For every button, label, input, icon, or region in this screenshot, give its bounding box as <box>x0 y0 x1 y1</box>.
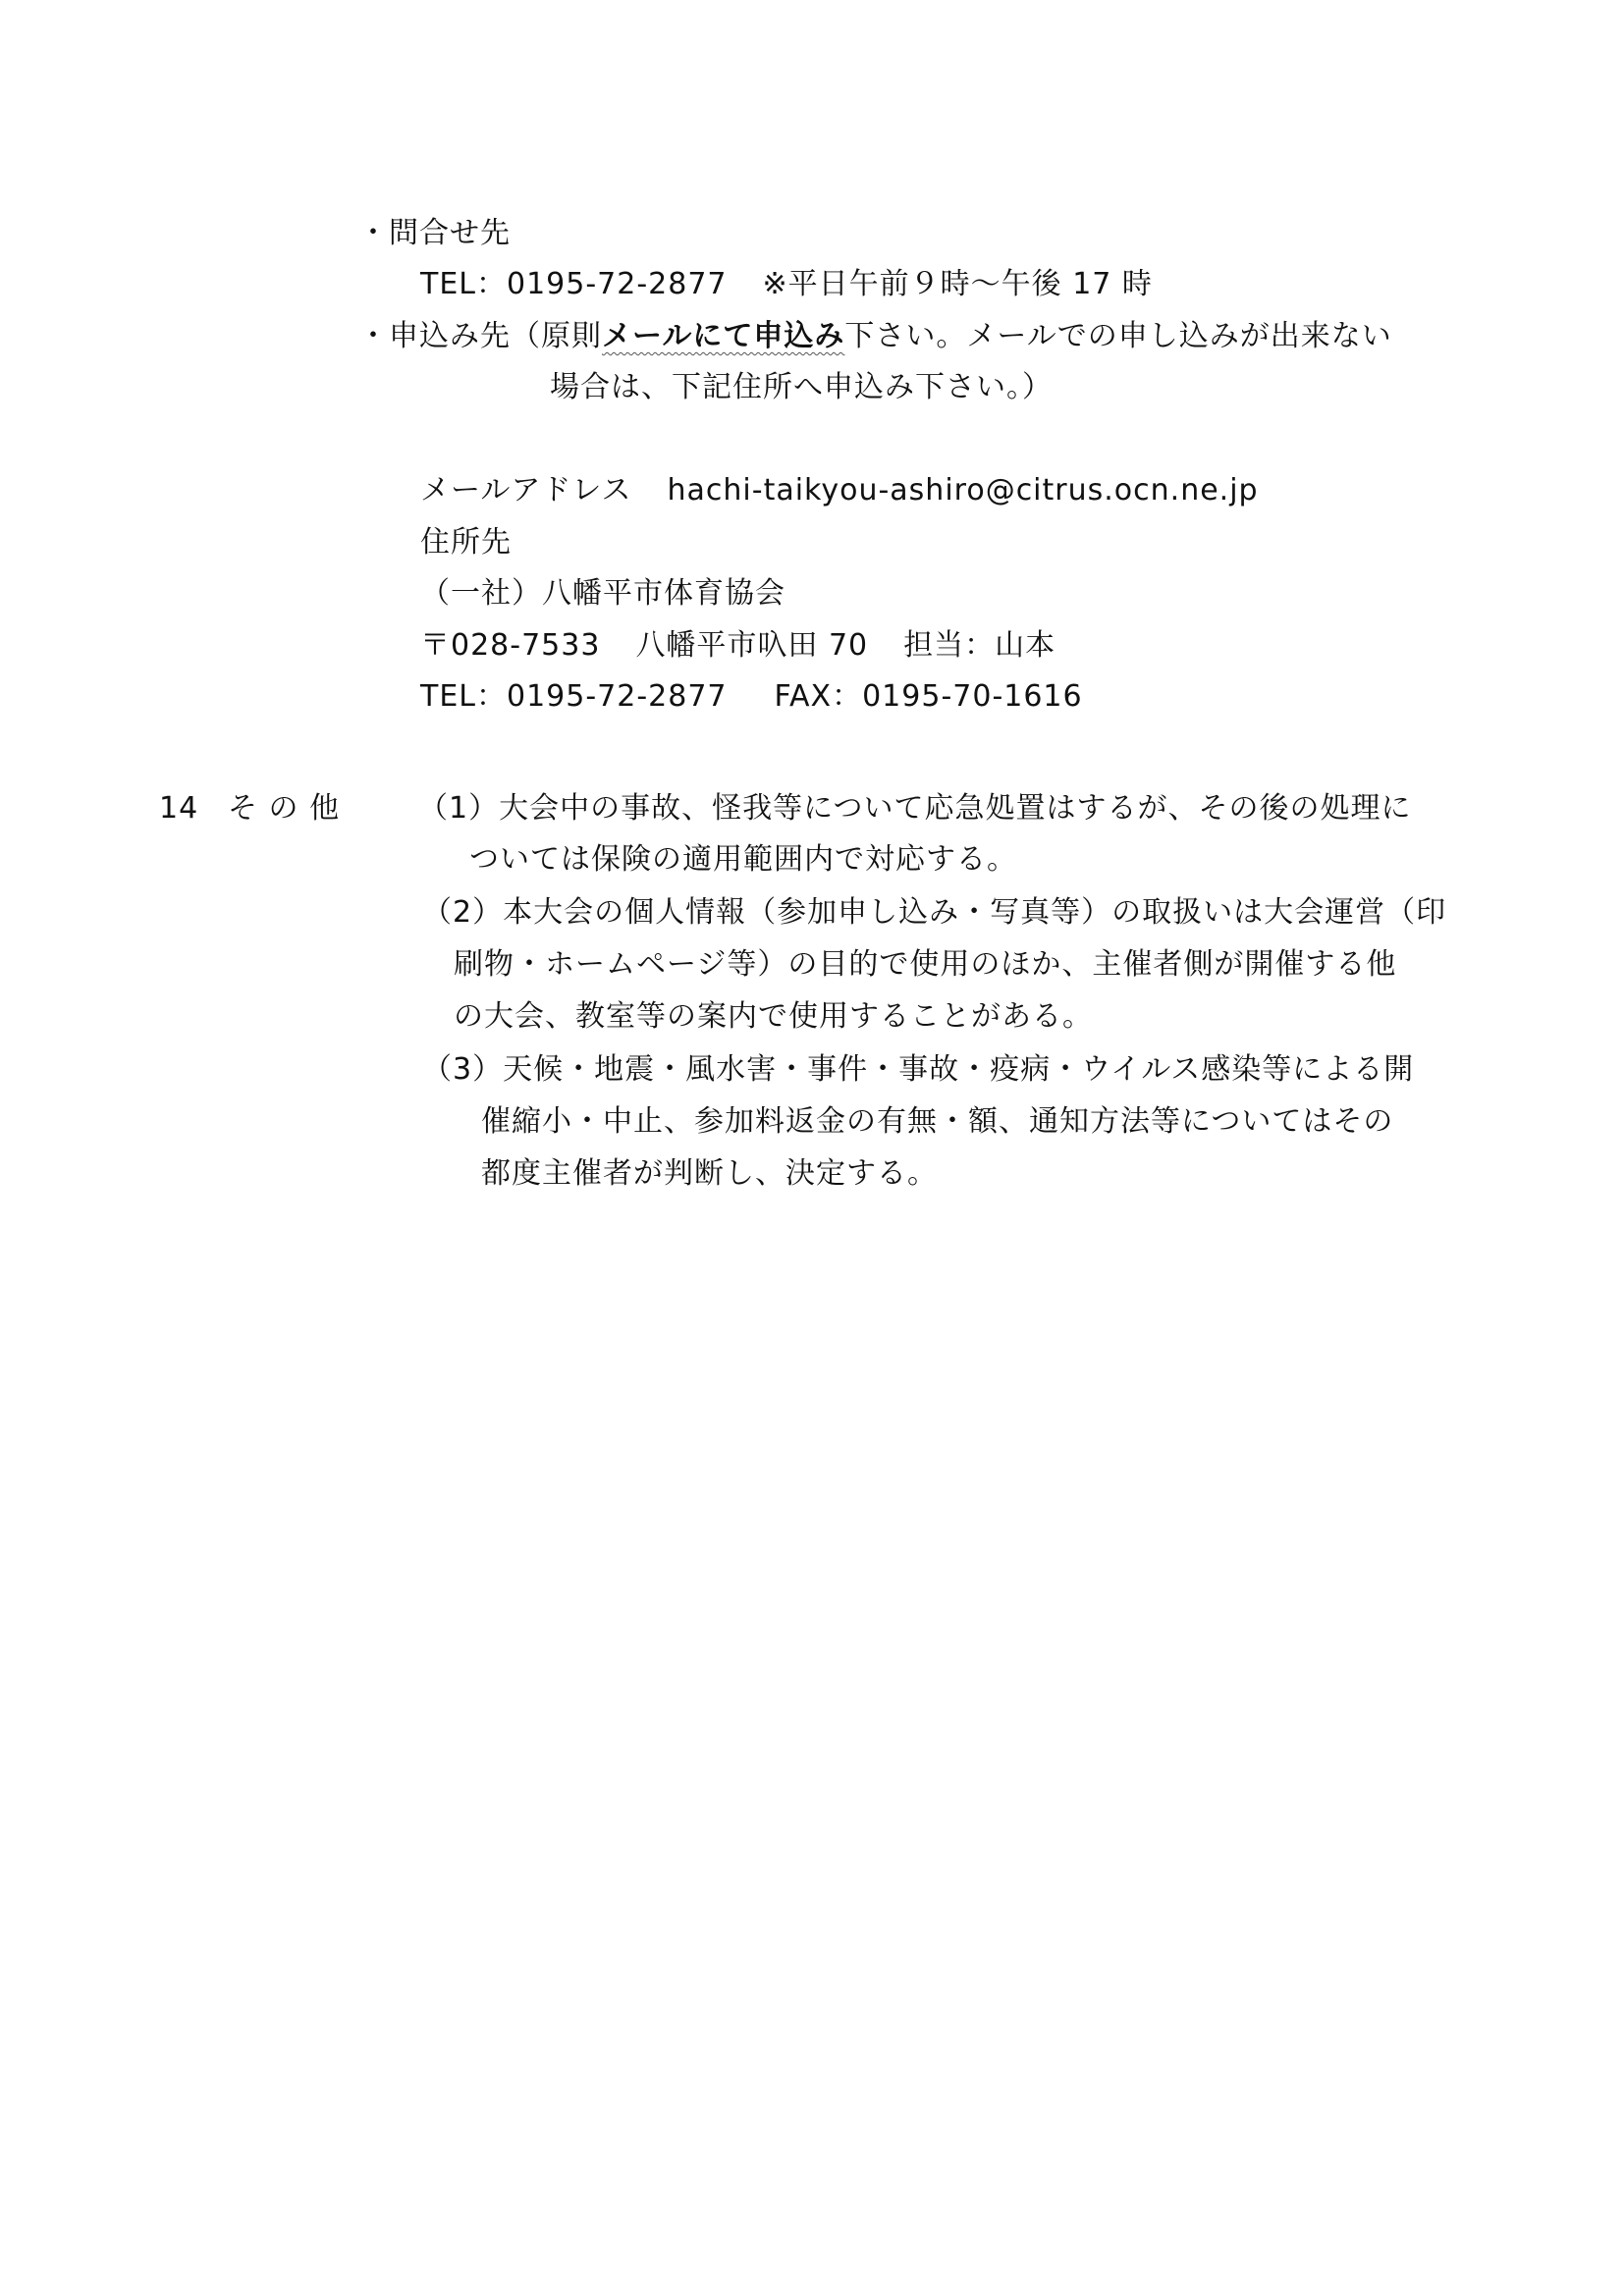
tel-fax-line: TEL：0195-72-2877FAX：0195-70-1616 <box>420 677 1083 717</box>
bullet: ・ <box>358 216 389 250</box>
contact-tel-line: TEL：0195-72-2877※平日午前９時～午後 17 時 <box>420 265 1153 304</box>
item-1-line-2: ついては保険の適用範囲内で対応する。 <box>469 840 1017 880</box>
section-number: 14 <box>159 789 198 828</box>
item-3-label: （3） <box>422 1052 503 1087</box>
application-heading-suffix: 下さい。メールでの申し込みが出来ない <box>844 319 1391 353</box>
address-label: 住所先 <box>420 523 512 562</box>
email-label: メールアドレス <box>420 473 632 507</box>
email-line: メールアドレスhachi-taikyou-ashiro@citrus.ocn.n… <box>420 471 1259 510</box>
item-3-line-1: （3）天候・地震・風水害・事件・事故・疫病・ウイルス感染等による開 <box>422 1050 1414 1090</box>
bullet: ・ <box>358 319 389 353</box>
item-2-line-3: の大会、教室等の案内で使用することがある。 <box>454 997 1093 1037</box>
item-2-line-2: 刷物・ホームページ等）の目的で使用のほか、主催者側が開催する他 <box>454 945 1396 985</box>
application-emphasis: メールにて申込み <box>602 319 844 353</box>
contact-heading-label: 問合せ先 <box>389 216 511 250</box>
item-1-line-1: （1）大会中の事故、怪我等について応急処置はするが、その後の処理に <box>418 789 1412 828</box>
item-3-line-2: 催縮小・中止、参加料返金の有無・額、通知方法等についてはその <box>481 1102 1393 1142</box>
contact-person: 担当：山本 <box>903 628 1056 663</box>
tel: TEL：0195-72-2877 <box>420 679 728 714</box>
email-address[interactable]: hachi-taikyou-ashiro@citrus.ocn.ne.jp <box>668 473 1259 507</box>
org-name: （一社）八幡平市体育協会 <box>420 574 785 614</box>
address-line: 〒028-7533八幡平市叺田 70担当：山本 <box>420 626 1056 666</box>
item-3-line-3: 都度主催者が判断し、決定する。 <box>481 1154 938 1194</box>
contact-heading: ・問合せ先 <box>358 214 511 253</box>
application-continuation: 場合は、下記住所へ申込み下さい。） <box>550 368 1053 407</box>
fax: FAX：0195-70-1616 <box>775 679 1083 714</box>
item-1-label: （1） <box>418 791 499 826</box>
item-2-line-1: （2）本大会の個人情報（参加申し込み・写真等）の取扱いは大会運営（印 <box>422 893 1446 933</box>
application-heading: ・申込み先（原則メールにて申込み下さい。メールでの申し込みが出来ない <box>358 317 1392 356</box>
item-2-label: （2） <box>422 895 503 930</box>
contact-hours: ※平日午前９時～午後 17 時 <box>763 267 1153 301</box>
section-title: そ の 他 <box>228 789 340 828</box>
application-heading-prefix: 申込み先（原則 <box>389 319 602 353</box>
contact-tel: TEL：0195-72-2877 <box>420 267 728 301</box>
street-address: 八幡平市叺田 70 <box>635 628 868 663</box>
postal-code: 〒028-7533 <box>420 628 600 663</box>
